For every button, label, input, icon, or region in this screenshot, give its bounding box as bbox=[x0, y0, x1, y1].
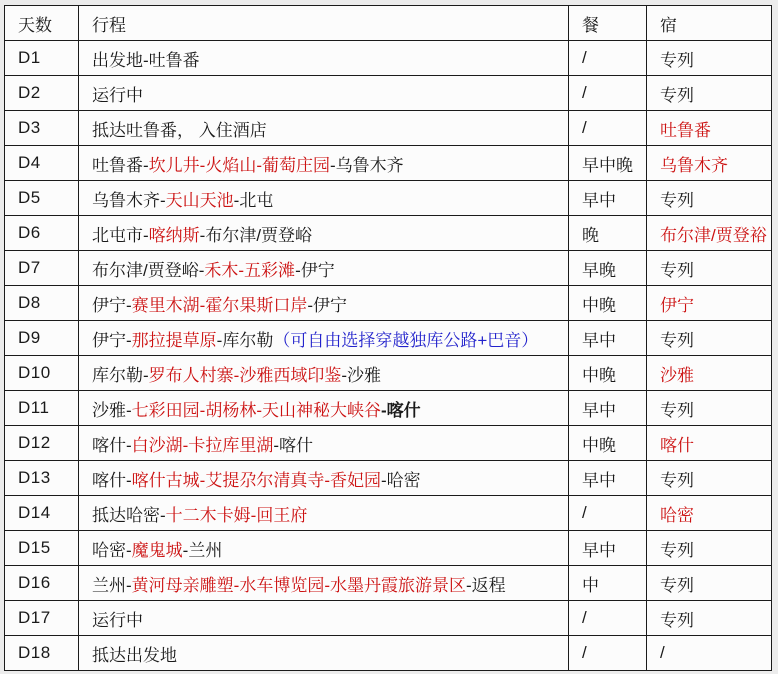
itinerary-segment: 库尔勒- bbox=[92, 366, 149, 385]
itinerary-segment: 喀什- bbox=[92, 436, 132, 455]
meals-cell: 晚 bbox=[569, 216, 647, 251]
day-cell: D12 bbox=[5, 426, 79, 461]
itinerary-cell: 伊宁-那拉提草原-库尔勒（可自由选择穿越独库公路+巴音） bbox=[79, 321, 569, 356]
meals-cell: 中晚 bbox=[569, 426, 647, 461]
day-cell: D6 bbox=[5, 216, 79, 251]
table-row: D10库尔勒-罗布人村寨-沙雅西域印鉴-沙雅中晚沙雅 bbox=[5, 356, 772, 391]
header-stay: 宿 bbox=[647, 6, 772, 41]
day-cell: D1 bbox=[5, 41, 79, 76]
itinerary-cell: 哈密-魔鬼城-兰州 bbox=[79, 531, 569, 566]
table-row: D11沙雅-七彩田园-胡杨林-天山神秘大峡谷-喀什早中专列 bbox=[5, 391, 772, 426]
day-cell: D17 bbox=[5, 601, 79, 636]
itinerary-segment: -北屯 bbox=[234, 191, 274, 210]
itinerary-segment: 抵达出发地 bbox=[92, 646, 177, 665]
itinerary-segment: 抵达吐鲁番， 入住酒店 bbox=[92, 121, 267, 140]
meals-cell: 中晚 bbox=[569, 286, 647, 321]
table-row: D12喀什-白沙湖-卡拉库里湖-喀什中晚喀什 bbox=[5, 426, 772, 461]
stay-cell: 哈密 bbox=[647, 496, 772, 531]
day-cell: D8 bbox=[5, 286, 79, 321]
meals-cell: 早中 bbox=[569, 461, 647, 496]
day-cell: D13 bbox=[5, 461, 79, 496]
meals-cell: / bbox=[569, 636, 647, 671]
itinerary-cell: 乌鲁木齐-天山天池-北屯 bbox=[79, 181, 569, 216]
itinerary-table: 天数 行程 餐 宿 D1出发地-吐鲁番/专列D2运行中/专列D3抵达吐鲁番， 入… bbox=[4, 5, 772, 671]
stay-cell: 吐鲁番 bbox=[647, 111, 772, 146]
stay-cell: 乌鲁木齐 bbox=[647, 146, 772, 181]
itinerary-cell: 布尔津/贾登峪-禾木-五彩滩-伊宁 bbox=[79, 251, 569, 286]
stay-cell: 专列 bbox=[647, 41, 772, 76]
itinerary-segment: 伊宁- bbox=[92, 296, 132, 315]
itinerary-segment: -返程 bbox=[466, 576, 506, 595]
itinerary-segment: -喀什 bbox=[381, 401, 421, 420]
itinerary-segment: -沙雅 bbox=[341, 366, 381, 385]
stay-cell: 伊宁 bbox=[647, 286, 772, 321]
day-cell: D7 bbox=[5, 251, 79, 286]
day-cell: D2 bbox=[5, 76, 79, 111]
meals-cell: 早中 bbox=[569, 181, 647, 216]
day-cell: D4 bbox=[5, 146, 79, 181]
table-row: D7布尔津/贾登峪-禾木-五彩滩-伊宁早晚专列 bbox=[5, 251, 772, 286]
itinerary-segment: -布尔津/贾登峪 bbox=[200, 226, 312, 245]
header-meals: 餐 bbox=[569, 6, 647, 41]
itinerary-segment: 坎儿井-火焰山-葡萄庄园 bbox=[149, 156, 330, 175]
itinerary-segment: -乌鲁木齐 bbox=[330, 156, 404, 175]
stay-cell: 专列 bbox=[647, 461, 772, 496]
meals-cell: 早中 bbox=[569, 531, 647, 566]
stay-cell: / bbox=[647, 636, 772, 671]
stay-cell: 专列 bbox=[647, 321, 772, 356]
itinerary-segment: （可自由选择穿越独库公路+巴音） bbox=[273, 331, 538, 350]
meals-cell: / bbox=[569, 601, 647, 636]
itinerary-segment: 罗布人村寨-沙雅西域印鉴 bbox=[149, 366, 342, 385]
itinerary-segment: 抵达哈密- bbox=[92, 506, 166, 525]
itinerary-segment: 白沙湖-卡拉库里湖 bbox=[132, 436, 274, 455]
itinerary-segment: 运行中 bbox=[92, 611, 143, 630]
itinerary-cell: 喀什-白沙湖-卡拉库里湖-喀什 bbox=[79, 426, 569, 461]
table-row: D14抵达哈密-十二木卡姆-回王府/哈密 bbox=[5, 496, 772, 531]
itinerary-segment: 喀什- bbox=[92, 471, 132, 490]
itinerary-cell: 库尔勒-罗布人村寨-沙雅西域印鉴-沙雅 bbox=[79, 356, 569, 391]
stay-cell: 专列 bbox=[647, 601, 772, 636]
itinerary-segment: 七彩田园-胡杨林-天山神秘大峡谷 bbox=[132, 401, 381, 420]
meals-cell: / bbox=[569, 111, 647, 146]
day-cell: D9 bbox=[5, 321, 79, 356]
meals-cell: 中 bbox=[569, 566, 647, 601]
meals-cell: 早中晚 bbox=[569, 146, 647, 181]
table-row: D4吐鲁番-坎儿井-火焰山-葡萄庄园-乌鲁木齐早中晚乌鲁木齐 bbox=[5, 146, 772, 181]
itinerary-segment: 伊宁- bbox=[92, 331, 132, 350]
meals-cell: 早晚 bbox=[569, 251, 647, 286]
itinerary-segment: 哈密- bbox=[92, 541, 132, 560]
table-row: D8伊宁-赛里木湖-霍尔果斯口岸-伊宁中晚伊宁 bbox=[5, 286, 772, 321]
itinerary-segment: 禾木-五彩滩 bbox=[204, 261, 295, 280]
itinerary-cell: 抵达哈密-十二木卡姆-回王府 bbox=[79, 496, 569, 531]
stay-cell: 喀什 bbox=[647, 426, 772, 461]
itinerary-segment: 天山天池 bbox=[166, 191, 234, 210]
table-row: D16兰州-黄河母亲雕塑-水车博览园-水墨丹霞旅游景区-返程中专列 bbox=[5, 566, 772, 601]
table-row: D13喀什-喀什古城-艾提尕尔清真寺-香妃园-哈密早中专列 bbox=[5, 461, 772, 496]
day-cell: D5 bbox=[5, 181, 79, 216]
meals-cell: / bbox=[569, 76, 647, 111]
day-cell: D16 bbox=[5, 566, 79, 601]
table-row: D18抵达出发地// bbox=[5, 636, 772, 671]
itinerary-segment: 喀什古城-艾提尕尔清真寺-香妃园 bbox=[132, 471, 381, 490]
itinerary-cell: 吐鲁番-坎儿井-火焰山-葡萄庄园-乌鲁木齐 bbox=[79, 146, 569, 181]
itinerary-cell: 运行中 bbox=[79, 76, 569, 111]
stay-cell: 专列 bbox=[647, 251, 772, 286]
stay-cell: 专列 bbox=[647, 531, 772, 566]
itinerary-segment: 乌鲁木齐- bbox=[92, 191, 166, 210]
day-cell: D18 bbox=[5, 636, 79, 671]
table-row: D15哈密-魔鬼城-兰州早中专列 bbox=[5, 531, 772, 566]
itinerary-segment: 喀纳斯 bbox=[149, 226, 200, 245]
itinerary-segment: 运行中 bbox=[92, 86, 143, 105]
itinerary-segment: -喀什 bbox=[273, 436, 313, 455]
itinerary-cell: 沙雅-七彩田园-胡杨林-天山神秘大峡谷-喀什 bbox=[79, 391, 569, 426]
stay-cell: 布尔津/贾登裕 bbox=[647, 216, 772, 251]
table-row: D3抵达吐鲁番， 入住酒店/吐鲁番 bbox=[5, 111, 772, 146]
stay-cell: 专列 bbox=[647, 566, 772, 601]
itinerary-segment: 赛里木湖-霍尔果斯口岸 bbox=[132, 296, 308, 315]
itinerary-page: 天数 行程 餐 宿 D1出发地-吐鲁番/专列D2运行中/专列D3抵达吐鲁番， 入… bbox=[4, 5, 771, 670]
itinerary-segment: 沙雅- bbox=[92, 401, 132, 420]
meals-cell: 早中 bbox=[569, 391, 647, 426]
table-row: D5乌鲁木齐-天山天池-北屯早中专列 bbox=[5, 181, 772, 216]
itinerary-segment: 出发地-吐鲁番 bbox=[92, 51, 200, 70]
stay-cell: 沙雅 bbox=[647, 356, 772, 391]
itinerary-cell: 喀什-喀什古城-艾提尕尔清真寺-香妃园-哈密 bbox=[79, 461, 569, 496]
stay-cell: 专列 bbox=[647, 181, 772, 216]
day-cell: D11 bbox=[5, 391, 79, 426]
day-cell: D10 bbox=[5, 356, 79, 391]
table-row: D1出发地-吐鲁番/专列 bbox=[5, 41, 772, 76]
table-row: D17运行中/专列 bbox=[5, 601, 772, 636]
itinerary-cell: 北屯市-喀纳斯-布尔津/贾登峪 bbox=[79, 216, 569, 251]
itinerary-cell: 兰州-黄河母亲雕塑-水车博览园-水墨丹霞旅游景区-返程 bbox=[79, 566, 569, 601]
meals-cell: 早中 bbox=[569, 321, 647, 356]
itinerary-segment: 魔鬼城 bbox=[132, 541, 183, 560]
header-itinerary: 行程 bbox=[79, 6, 569, 41]
meals-cell: 中晚 bbox=[569, 356, 647, 391]
itinerary-cell: 运行中 bbox=[79, 601, 569, 636]
itinerary-cell: 抵达吐鲁番， 入住酒店 bbox=[79, 111, 569, 146]
itinerary-segment: 那拉提草原 bbox=[132, 331, 217, 350]
itinerary-segment: 十二木卡姆-回王府 bbox=[166, 506, 308, 525]
header-days: 天数 bbox=[5, 6, 79, 41]
itinerary-segment: -伊宁 bbox=[295, 261, 335, 280]
itinerary-segment: 兰州- bbox=[92, 576, 132, 595]
itinerary-segment: -伊宁 bbox=[307, 296, 347, 315]
header-row: 天数 行程 餐 宿 bbox=[5, 6, 772, 41]
itinerary-segment: -库尔勒 bbox=[217, 331, 274, 350]
table-row: D6北屯市-喀纳斯-布尔津/贾登峪晚布尔津/贾登裕 bbox=[5, 216, 772, 251]
itinerary-segment: 吐鲁番- bbox=[92, 156, 149, 175]
table-row: D2运行中/专列 bbox=[5, 76, 772, 111]
itinerary-segment: 黄河母亲雕塑-水车博览园-水墨丹霞旅游景区 bbox=[132, 576, 466, 595]
stay-cell: 专列 bbox=[647, 76, 772, 111]
itinerary-cell: 抵达出发地 bbox=[79, 636, 569, 671]
day-cell: D14 bbox=[5, 496, 79, 531]
day-cell: D15 bbox=[5, 531, 79, 566]
itinerary-segment: -兰州 bbox=[183, 541, 223, 560]
stay-cell: 专列 bbox=[647, 391, 772, 426]
itinerary-cell: 伊宁-赛里木湖-霍尔果斯口岸-伊宁 bbox=[79, 286, 569, 321]
itinerary-segment: -哈密 bbox=[381, 471, 421, 490]
table-row: D9伊宁-那拉提草原-库尔勒（可自由选择穿越独库公路+巴音）早中专列 bbox=[5, 321, 772, 356]
meals-cell: / bbox=[569, 496, 647, 531]
itinerary-cell: 出发地-吐鲁番 bbox=[79, 41, 569, 76]
meals-cell: / bbox=[569, 41, 647, 76]
day-cell: D3 bbox=[5, 111, 79, 146]
itinerary-segment: 北屯市- bbox=[92, 226, 149, 245]
itinerary-segment: 布尔津/贾登峪- bbox=[92, 261, 204, 280]
